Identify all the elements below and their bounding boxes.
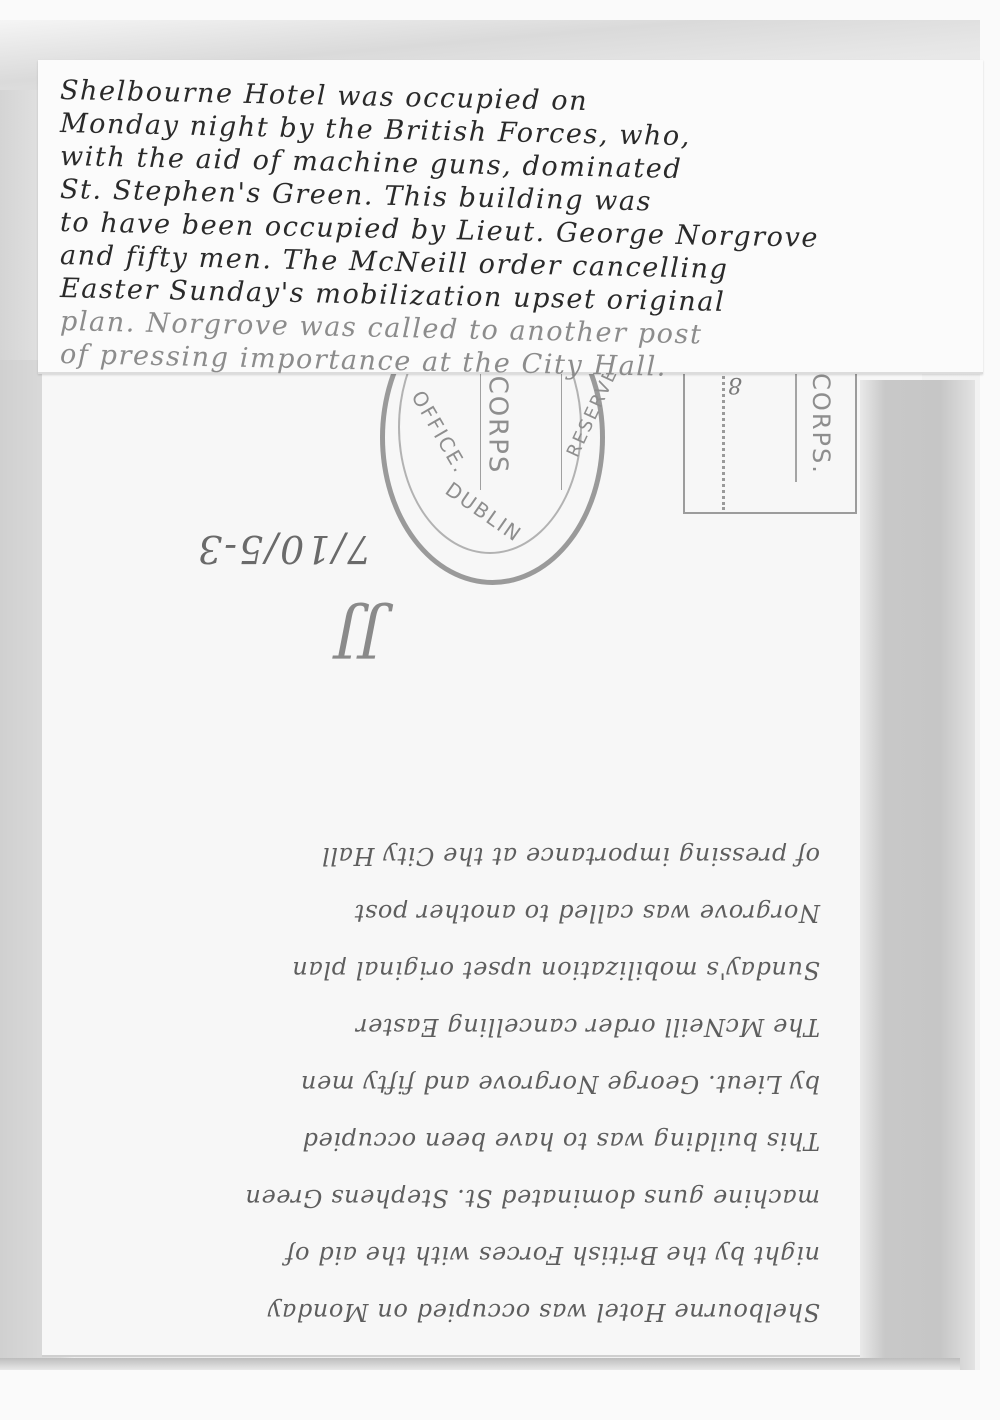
reference-number: 7/10/5-3 (196, 527, 371, 571)
envelope-right-edge (860, 380, 975, 1370)
letter-line: night by the British Forces with the aid… (80, 1226, 820, 1283)
letter-line: This building was to have been occupied (80, 1112, 820, 1169)
original-letter: Shelbourne Hotel was occupied on Monday … (80, 700, 820, 1340)
transcription-text: Shelbourne Hotel was occupied on Monday … (60, 74, 980, 371)
letter-line: Shelbourne Hotel was occupied on Monday (80, 1283, 820, 1340)
letter-line: by Lieut. George Norgrove and fifty men (80, 1055, 820, 1112)
envelope-bottom-edge (0, 1358, 960, 1370)
initials-signature: JJ (335, 600, 383, 670)
scanned-document: CORPS OFFICE. DUBLIN RESERVED CORPS. 8 7… (0, 0, 1000, 1420)
letter-line: The McNeill order cancelling Easter (80, 998, 820, 1055)
letter-line: of pressing importance at the City Hall (80, 827, 820, 884)
oval-stamp-corps-text: CORPS (482, 376, 512, 475)
letter-line: Sunday's mobilization upset original pla… (80, 941, 820, 998)
box-stamp-dotted-line (722, 365, 725, 510)
box-stamp-corps-text: CORPS. (807, 373, 835, 475)
letter-line: machine guns dominated St. Stephens Gree… (80, 1169, 820, 1226)
letter-line: Norgrove was called to another post (80, 884, 820, 941)
transcription-strip: Shelbourne Hotel was occupied on Monday … (38, 60, 983, 374)
